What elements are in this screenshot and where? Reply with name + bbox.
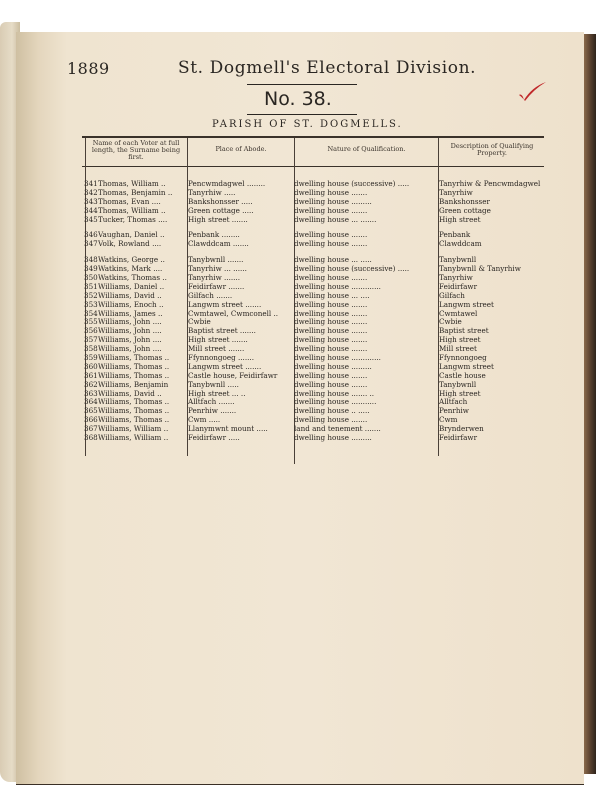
voter-row: 349Watkins, Mark ....Tanyrhiw ... ......…	[84, 265, 544, 274]
qualification-nature: dwelling house ... ....	[294, 292, 438, 301]
qualification-nature: dwelling house .......	[294, 381, 438, 390]
voter-name: Williams, Thomas ..	[98, 398, 188, 407]
property-description: Tanyrhiw & Pencwmdagwel	[439, 180, 549, 189]
property-description: Clawddcam	[439, 240, 549, 249]
voter-name: Williams, Thomas ..	[98, 416, 188, 425]
place-of-abode: Mill street .......	[188, 345, 294, 354]
parish-heading: PARISH OF ST. DOGMELLS.	[212, 119, 403, 130]
voter-name: Watkins, Thomas ..	[98, 274, 188, 283]
place-of-abode: Tanybwnll .......	[188, 256, 294, 265]
voter-row: 345Tucker, Thomas ....High street ......…	[84, 216, 544, 225]
place-of-abode: Llanymwnt mount .....	[188, 425, 294, 434]
place-of-abode: Tanyrhiw .......	[188, 274, 294, 283]
table-header-rule	[82, 166, 544, 167]
header-nature-of-qualification: Nature of Qualification.	[295, 146, 438, 153]
book-spine	[584, 34, 596, 774]
property-description: Mill street	[439, 345, 549, 354]
property-description: Penrhiw	[439, 407, 549, 416]
property-description: Bankshonsser	[439, 198, 549, 207]
place-of-abode: Feidirfawr .....	[188, 434, 294, 443]
qualification-nature: dwelling house ....... ..	[294, 390, 438, 399]
voter-name: Vaughan, Daniel ..	[98, 231, 188, 240]
property-description: Cwbie	[439, 318, 549, 327]
voter-name: Williams, John ....	[98, 327, 188, 336]
header-qualifying-property: Description of Qualifying Property.	[440, 143, 544, 157]
property-description: Langwm street	[439, 301, 549, 310]
qualification-nature: dwelling house .......	[294, 301, 438, 310]
qualification-nature: dwelling house .......	[294, 416, 438, 425]
header-voter-name: Name of each Voter at full length, the S…	[86, 140, 186, 161]
voter-row: 346Vaughan, Daniel ..Penbank ........dwe…	[84, 231, 544, 240]
voter-name: Williams, Thomas ..	[98, 372, 188, 381]
qualification-nature: dwelling house .........	[294, 363, 438, 372]
division-number: No. 38.	[264, 88, 332, 110]
qualification-nature: dwelling house .......	[294, 310, 438, 319]
place-of-abode: Tanyrhiw .....	[188, 189, 294, 198]
voter-row: 362Williams, BenjaminTanybwnll .....dwel…	[84, 381, 544, 390]
qualification-nature: dwelling house .............	[294, 283, 438, 292]
place-of-abode: Bankshonsser .....	[188, 198, 294, 207]
property-description: Tanybwnll	[439, 256, 549, 265]
group-spacer	[84, 224, 544, 231]
page-year: 1889	[67, 59, 110, 78]
property-description: Castle house	[439, 372, 549, 381]
voter-row: 358Williams, John ....Mill street ......…	[84, 345, 544, 354]
property-description: Baptist street	[439, 327, 549, 336]
property-description: Ffynnongoeg	[439, 354, 549, 363]
place-of-abode: Pencwmdagwel ........	[188, 180, 294, 189]
voter-row: 352Williams, David ..Gilfach .......dwel…	[84, 292, 544, 301]
property-description: Tanyrhiw	[439, 274, 549, 283]
voter-row: 353Williams, Enoch ..Langwm street .....…	[84, 301, 544, 310]
qualification-nature: dwelling house (successive) .....	[294, 180, 438, 189]
check-mark-icon	[516, 79, 548, 103]
voter-name: Watkins, Mark ....	[98, 265, 188, 274]
qualification-nature: dwelling house .......	[294, 189, 438, 198]
property-description: Brynderwen	[439, 425, 549, 434]
voter-name: Williams, John ....	[98, 336, 188, 345]
place-of-abode: Castle house, Feidirfawr	[188, 372, 294, 381]
voter-name: Williams, Thomas ..	[98, 363, 188, 372]
place-of-abode: Alltfach .......	[188, 398, 294, 407]
place-of-abode: Gilfach .......	[188, 292, 294, 301]
place-of-abode: Clawddcam .......	[188, 240, 294, 249]
place-of-abode: Cwm .....	[188, 416, 294, 425]
qualification-nature: dwelling house ... .......	[294, 216, 438, 225]
table-top-rule	[82, 136, 544, 138]
place-of-abode: Feidirfawr .......	[188, 283, 294, 292]
header-place-of-abode: Place of Abode.	[188, 146, 294, 153]
property-description: Tanyrhiw	[439, 189, 549, 198]
voter-row: 348Watkins, George ..Tanybwnll .......dw…	[84, 256, 544, 265]
voter-row: 350Watkins, Thomas ..Tanyrhiw .......dwe…	[84, 274, 544, 283]
place-of-abode: Cwbie	[188, 318, 294, 327]
title-rule	[247, 84, 357, 85]
property-description: Cwmtawel	[439, 310, 549, 319]
qualification-nature: dwelling house .............	[294, 354, 438, 363]
group-spacer	[84, 249, 544, 256]
qualification-nature: dwelling house .. .....	[294, 407, 438, 416]
voter-row: 368Williams, William ..Feidirfawr .....d…	[84, 434, 544, 443]
voter-row: 367Williams, William ..Llanymwnt mount .…	[84, 425, 544, 434]
property-description: High street	[439, 216, 549, 225]
qualification-nature: dwelling house ...........	[294, 398, 438, 407]
qualification-nature: dwelling house .......	[294, 372, 438, 381]
place-of-abode: Tanybwnll .....	[188, 381, 294, 390]
place-of-abode: Tanyrhiw ... ......	[188, 265, 294, 274]
qualification-nature: dwelling house .......	[294, 274, 438, 283]
place-of-abode: Ffynnongoeg .......	[188, 354, 294, 363]
qualification-nature: dwelling house ... .....	[294, 256, 438, 265]
property-description: High street	[439, 336, 549, 345]
property-description: Penbank	[439, 231, 549, 240]
place-of-abode: Penbank ........	[188, 231, 294, 240]
voter-name: Williams, David ..	[98, 390, 188, 399]
voter-row: 355Williams, John ....Cwbiedwelling hous…	[84, 318, 544, 327]
qualification-nature: dwelling house .......	[294, 240, 438, 249]
voter-row: 341Thomas, William ..Pencwmdagwel ......…	[84, 180, 544, 189]
voter-name: Volk, Rowland ....	[98, 240, 188, 249]
property-description: Feidirfawr	[439, 434, 549, 443]
qualification-nature: dwelling house .......	[294, 345, 438, 354]
qualification-nature: land and tenement .......	[294, 425, 438, 434]
place-of-abode: Langwm street .......	[188, 301, 294, 310]
place-of-abode: Green cottage .....	[188, 207, 294, 216]
place-of-abode: High street .......	[188, 336, 294, 345]
property-description: Gilfach	[439, 292, 549, 301]
property-description: Langwm street	[439, 363, 549, 372]
property-description: Tanybwnll & Tanyrhiw	[439, 265, 549, 274]
qualification-nature: dwelling house .........	[294, 434, 438, 443]
voter-name: Watkins, George ..	[98, 256, 188, 265]
voter-row: 354Williams, James ..Cwmtawel, Cwmconell…	[84, 310, 544, 319]
voter-row: 366Williams, Thomas ..Cwm .....dwelling …	[84, 416, 544, 425]
property-description: Cwm	[439, 416, 549, 425]
voter-row: 363Williams, David ..High street ... ..d…	[84, 390, 544, 399]
voter-row: 361Williams, Thomas ..Castle house, Feid…	[84, 372, 544, 381]
voter-row: 342Thomas, Benjamin ..Tanyrhiw .....dwel…	[84, 189, 544, 198]
voter-row: 343Thomas, Evan ....Bankshonsser .....dw…	[84, 198, 544, 207]
qualification-nature: dwelling house .......	[294, 231, 438, 240]
qualification-nature: dwelling house .......	[294, 336, 438, 345]
voter-name: Williams, William ..	[98, 434, 188, 443]
voter-name: Tucker, Thomas ....	[98, 216, 188, 225]
place-of-abode: High street ... ..	[188, 390, 294, 399]
voter-row: 344Thomas, William ..Green cottage .....…	[84, 207, 544, 216]
voter-name: Williams, John ....	[98, 345, 188, 354]
place-of-abode: Baptist street .......	[188, 327, 294, 336]
voter-name: Williams, Thomas ..	[98, 354, 188, 363]
qualification-nature: dwelling house .......	[294, 207, 438, 216]
voter-row: 365Williams, Thomas ..Penrhiw .......dwe…	[84, 407, 544, 416]
qualification-nature: dwelling house .......	[294, 318, 438, 327]
voter-name: Williams, Thomas ..	[98, 407, 188, 416]
voter-name: Williams, Benjamin	[98, 381, 188, 390]
voter-row: 360Williams, Thomas ..Langwm street ....…	[84, 363, 544, 372]
voter-list: 341Thomas, William ..Pencwmdagwel ......…	[84, 180, 544, 443]
voter-row: 359Williams, Thomas ..Ffynnongoeg ......…	[84, 354, 544, 363]
voter-name: Williams, William ..	[98, 425, 188, 434]
qualification-nature: dwelling house .........	[294, 198, 438, 207]
property-description: Green cottage	[439, 207, 549, 216]
place-of-abode: Cwmtawel, Cwmconell ..	[188, 310, 294, 319]
place-of-abode: Penrhiw .......	[188, 407, 294, 416]
property-description: High street	[439, 390, 549, 399]
voter-name: Williams, John ....	[98, 318, 188, 327]
voter-name: Thomas, Evan ....	[98, 198, 188, 207]
voter-row: 356Williams, John ....Baptist street ...…	[84, 327, 544, 336]
place-of-abode: High street .......	[188, 216, 294, 225]
voter-row: 347Volk, Rowland ....Clawddcam .......dw…	[84, 240, 544, 249]
voter-row: 357Williams, John ....High street ......…	[84, 336, 544, 345]
voter-row: 351Williams, Daniel ..Feidirfawr .......…	[84, 283, 544, 292]
voter-name: Thomas, Benjamin ..	[98, 189, 188, 198]
place-of-abode: Langwm street .......	[188, 363, 294, 372]
voter-name: Williams, David ..	[98, 292, 188, 301]
number-rule	[247, 114, 357, 115]
voter-name: Thomas, William ..	[98, 180, 188, 189]
property-description: Tanybwnll	[439, 381, 549, 390]
voter-name: Thomas, William ..	[98, 207, 188, 216]
page-title: St. Dogmell's Electoral Division.	[178, 58, 476, 78]
voter-row: 364Williams, Thomas ..Alltfach .......dw…	[84, 398, 544, 407]
voter-name: Williams, James ..	[98, 310, 188, 319]
voter-name: Williams, Daniel ..	[98, 283, 188, 292]
property-description: Alltfach	[439, 398, 549, 407]
qualification-nature: dwelling house .......	[294, 327, 438, 336]
property-description: Feidirfawr	[439, 283, 549, 292]
voter-name: Williams, Enoch ..	[98, 301, 188, 310]
qualification-nature: dwelling house (successive) .....	[294, 265, 438, 274]
